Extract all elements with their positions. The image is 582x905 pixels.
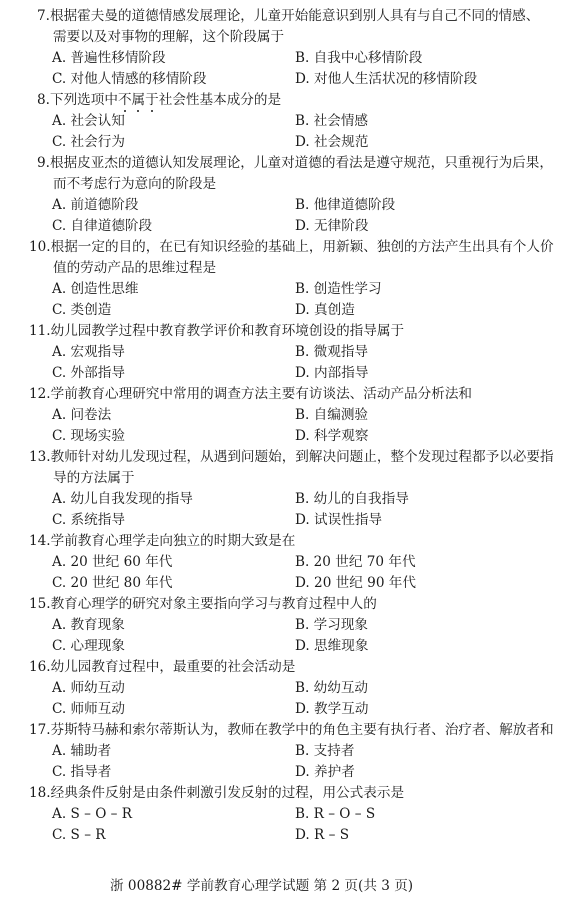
option-c: C. 系统指导 bbox=[52, 510, 125, 531]
option-a: A. S – O – R bbox=[52, 804, 132, 825]
question-17: 17.芬斯特马赫和索尔蒂斯认为，教师在教学中的角色主要有执行者、治疗者、解放者和… bbox=[0, 720, 582, 783]
option-b: B. 学习现象 bbox=[295, 615, 368, 636]
question-number: 16. bbox=[29, 659, 51, 675]
question-stem-line: 学前教育心理学走向独立的时期大致是在 bbox=[51, 533, 296, 549]
option-b: B. 自我中心移情阶段 bbox=[295, 48, 422, 69]
page-footer: 浙 00882# 学前教育心理学试题 第 2 页(共 3 页) bbox=[0, 876, 582, 897]
question-number: 9. bbox=[37, 155, 50, 171]
option-b: B. 自编测验 bbox=[295, 405, 368, 426]
question-number: 18. bbox=[29, 785, 51, 801]
question-10: 10.根据一定的目的，在已有知识经验的基础上，用新颖、独创的方法产生出具有个人价… bbox=[0, 237, 582, 321]
question-number: 10. bbox=[29, 239, 51, 255]
exam-page: 7.根据霍夫曼的道德情感发展理论，儿童开始能意识到别人具有与自己不同的情感、 需… bbox=[0, 6, 582, 846]
question-stem-line: 而不考虑行为意向的阶段是 bbox=[0, 174, 582, 195]
option-c: C. 社会行为 bbox=[52, 132, 125, 153]
question-9: 9.根据皮亚杰的道德认知发展理论，儿童对道德的看法是遵守规范，只重视行为后果， … bbox=[0, 153, 582, 237]
question-16: 16.幼儿园教育过程中，最重要的社会活动是 A. 师幼互动B. 幼幼互动 C. … bbox=[0, 657, 582, 720]
question-8: 8.下列选项中不属于社会性基本成分的是 A. 社会认知B. 社会情感 C. 社会… bbox=[0, 90, 582, 153]
option-d: D. 对他人生活状况的移情阶段 bbox=[295, 69, 477, 90]
option-d: D. 试误性指导 bbox=[295, 510, 382, 531]
option-a: A. 宏观指导 bbox=[52, 342, 125, 363]
option-d: D. 无律阶段 bbox=[295, 216, 368, 237]
question-18: 18.经典条件反射是由条件刺激引发反射的过程，用公式表示是 A. S – O –… bbox=[0, 783, 582, 846]
question-stem-text: 社会性基本成分的是 bbox=[159, 92, 281, 108]
question-11: 11.幼儿园教学过程中教育教学评价和教育环境创设的指导属于 A. 宏观指导B. … bbox=[0, 321, 582, 384]
question-number: 15. bbox=[29, 596, 51, 612]
option-c: C. S – R bbox=[52, 825, 106, 846]
question-15: 15.教育心理学的研究对象主要指向学习与教育过程中人的 A. 教育现象B. 学习… bbox=[0, 594, 582, 657]
option-a: A. 问卷法 bbox=[52, 405, 111, 426]
question-number: 8. bbox=[37, 92, 50, 108]
option-b: B. 幼儿的自我指导 bbox=[295, 489, 409, 510]
option-a: A. 辅助者 bbox=[52, 741, 111, 762]
option-d: D. 科学观察 bbox=[295, 426, 368, 447]
option-b: B. 幼幼互动 bbox=[295, 678, 368, 699]
question-stem-line: 学前教育心理研究中常用的调查方法主要有访谈法、活动产品分析法和 bbox=[51, 386, 472, 402]
question-stem-line: 需要以及对事物的理解，这个阶段属于 bbox=[0, 27, 582, 48]
question-stem-line: 教师针对幼儿发现过程，从遇到问题始，到解决问题止，整个发现过程都予以必要指 bbox=[51, 449, 554, 465]
option-a: A. 幼儿自我发现的指导 bbox=[52, 489, 193, 510]
question-14: 14.学前教育心理学走向独立的时期大致是在 A. 20 世纪 60 年代B. 2… bbox=[0, 531, 582, 594]
question-number: 11. bbox=[29, 323, 51, 339]
option-d: D. 20 世纪 90 年代 bbox=[295, 573, 416, 594]
question-12: 12.学前教育心理研究中常用的调查方法主要有访谈法、活动产品分析法和 A. 问卷… bbox=[0, 384, 582, 447]
option-d: D. 思维现象 bbox=[295, 636, 368, 657]
option-d: D. 养护者 bbox=[295, 762, 355, 783]
option-b: B. 支持者 bbox=[295, 741, 354, 762]
option-d: D. R – S bbox=[295, 825, 349, 846]
question-number: 14. bbox=[29, 533, 51, 549]
option-a: A. 普遍性移情阶段 bbox=[52, 48, 166, 69]
option-a: A. 创造性思维 bbox=[52, 279, 138, 300]
question-stem-line: 经典条件反射是由条件刺激引发反射的过程，用公式表示是 bbox=[51, 785, 404, 801]
option-c: C. 自律道德阶段 bbox=[52, 216, 152, 237]
question-stem-line: 幼儿园教学过程中教育教学评价和教育环境创设的指导属于 bbox=[51, 323, 404, 339]
option-a: A. 教育现象 bbox=[52, 615, 125, 636]
option-c: C. 类创造 bbox=[52, 300, 111, 321]
question-stem-line: 根据一定的目的，在已有知识经验的基础上，用新颖、独创的方法产生出具有个人价 bbox=[51, 239, 554, 255]
question-7: 7.根据霍夫曼的道德情感发展理论，儿童开始能意识到别人具有与自己不同的情感、 需… bbox=[0, 6, 582, 90]
option-a: A. 前道德阶段 bbox=[52, 195, 138, 216]
option-c: C. 对他人情感的移情阶段 bbox=[52, 69, 207, 90]
option-d: D. 教学互动 bbox=[295, 699, 368, 720]
emphasis-char: 不 bbox=[118, 92, 132, 108]
option-c: C. 20 世纪 80 年代 bbox=[52, 573, 173, 594]
question-stem-line: 幼儿园教育过程中，最重要的社会活动是 bbox=[51, 659, 296, 675]
option-b: B. 微观指导 bbox=[295, 342, 368, 363]
question-stem-line: 导的方法属于 bbox=[0, 468, 582, 489]
option-a: A. 师幼互动 bbox=[52, 678, 125, 699]
option-b: B. 社会情感 bbox=[295, 111, 368, 132]
question-stem-line: 根据霍夫曼的道德情感发展理论，儿童开始能意识到别人具有与自己不同的情感、 bbox=[50, 8, 539, 24]
question-number: 13. bbox=[29, 449, 51, 465]
option-a: A. 20 世纪 60 年代 bbox=[52, 552, 172, 573]
question-number: 17. bbox=[29, 722, 51, 738]
option-b: B. 20 世纪 70 年代 bbox=[295, 552, 416, 573]
option-c: C. 心理现象 bbox=[52, 636, 125, 657]
question-stem-text: 下列选项中 bbox=[50, 92, 118, 108]
option-d: D. 真创造 bbox=[295, 300, 355, 321]
question-number: 12. bbox=[29, 386, 51, 402]
option-b: B. 创造性学习 bbox=[295, 279, 382, 300]
option-c: C. 外部指导 bbox=[52, 363, 125, 384]
question-stem-line: 教育心理学的研究对象主要指向学习与教育过程中人的 bbox=[51, 596, 377, 612]
option-d: D. 社会规范 bbox=[295, 132, 368, 153]
option-a: A. 社会认知 bbox=[52, 111, 125, 132]
option-d: D. 内部指导 bbox=[295, 363, 368, 384]
question-stem-line: 根据皮亚杰的道德认知发展理论，儿童对道德的看法是遵守规范，只重视行为后果， bbox=[50, 155, 553, 171]
option-c: C. 现场实验 bbox=[52, 426, 125, 447]
question-number: 7. bbox=[37, 8, 50, 24]
option-c: C. 师师互动 bbox=[52, 699, 125, 720]
option-b: B. 他律道德阶段 bbox=[295, 195, 395, 216]
option-c: C. 指导者 bbox=[52, 762, 111, 783]
option-b: B. R – O – S bbox=[295, 804, 375, 825]
emphasis-char: 于 bbox=[145, 92, 159, 108]
question-13: 13.教师针对幼儿发现过程，从遇到问题始，到解决问题止，整个发现过程都予以必要指… bbox=[0, 447, 582, 531]
question-stem-line: 芬斯特马赫和索尔蒂斯认为，教师在教学中的角色主要有执行者、治疗者、解放者和 bbox=[51, 722, 554, 738]
emphasis-char: 属 bbox=[132, 92, 146, 108]
question-stem-line: 值的劳动产品的思维过程是 bbox=[0, 258, 582, 279]
